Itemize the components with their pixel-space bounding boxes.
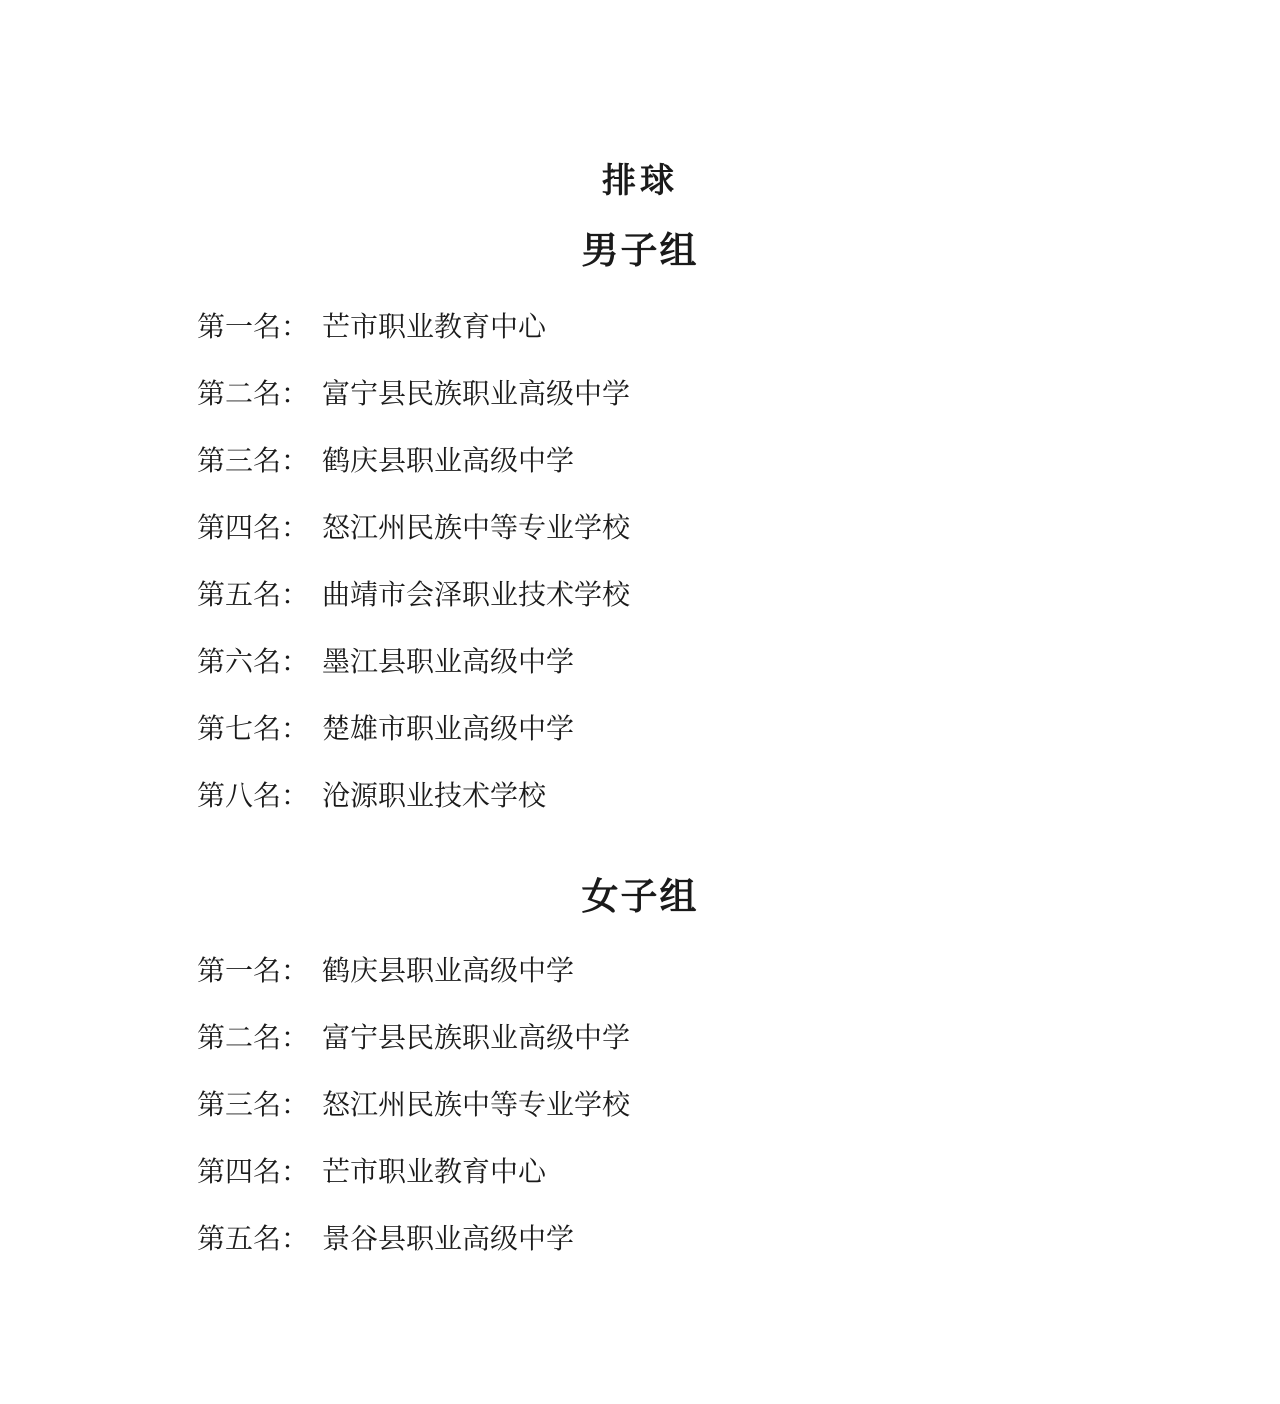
school-name: 怒江州民族中等专业学校: [322, 513, 630, 544]
school-name: 鹤庆县职业高级中学: [322, 956, 574, 987]
school-name: 沧源职业技术学校: [322, 781, 546, 812]
school-name: 芒市职业教育中心: [322, 1157, 546, 1188]
rank-label: 第一名：: [197, 956, 309, 987]
ranking-row: 第八名：沧源职业技术学校: [197, 782, 1280, 811]
rank-label: 第四名：: [197, 1157, 309, 1188]
rank-label: 第二名：: [197, 379, 309, 410]
men-ranking-list: 第一名：芒市职业教育中心 第二名：富宁县民族职业高级中学 第三名：鹤庆县职业高级…: [0, 313, 1280, 811]
ranking-row: 第四名：怒江州民族中等专业学校: [197, 514, 1280, 543]
rank-label: 第一名：: [197, 312, 309, 343]
ranking-row: 第二名：富宁县民族职业高级中学: [197, 380, 1280, 409]
ranking-row: 第五名：曲靖市会泽职业技术学校: [197, 581, 1280, 610]
ranking-row: 第一名：鹤庆县职业高级中学: [197, 957, 1280, 986]
school-name: 富宁县民族职业高级中学: [322, 379, 630, 410]
ranking-row: 第三名：怒江州民族中等专业学校: [197, 1091, 1280, 1120]
rank-label: 第四名：: [197, 513, 309, 544]
rank-label: 第六名：: [197, 647, 309, 678]
group-title-women: 女子组: [0, 879, 1280, 917]
school-name: 楚雄市职业高级中学: [322, 714, 574, 745]
school-name: 鹤庆县职业高级中学: [322, 446, 574, 477]
rank-label: 第八名：: [197, 781, 309, 812]
ranking-row: 第二名：富宁县民族职业高级中学: [197, 1024, 1280, 1053]
ranking-row: 第七名：楚雄市职业高级中学: [197, 715, 1280, 744]
group-title-men: 男子组: [0, 233, 1280, 271]
rank-label: 第三名：: [197, 446, 309, 477]
school-name: 墨江县职业高级中学: [322, 647, 574, 678]
rank-label: 第三名：: [197, 1090, 309, 1121]
ranking-row: 第四名：芒市职业教育中心: [197, 1158, 1280, 1187]
ranking-row: 第三名：鹤庆县职业高级中学: [197, 447, 1280, 476]
school-name: 芒市职业教育中心: [322, 312, 546, 343]
school-name: 怒江州民族中等专业学校: [322, 1090, 630, 1121]
page-title: 排球: [0, 164, 1280, 200]
rank-label: 第二名：: [197, 1023, 309, 1054]
school-name: 景谷县职业高级中学: [322, 1224, 574, 1255]
document-page: 排球 男子组 第一名：芒市职业教育中心 第二名：富宁县民族职业高级中学 第三名：…: [0, 0, 1280, 1404]
school-name: 曲靖市会泽职业技术学校: [322, 580, 630, 611]
rank-label: 第五名：: [197, 1224, 309, 1255]
ranking-row: 第六名：墨江县职业高级中学: [197, 648, 1280, 677]
women-ranking-list: 第一名：鹤庆县职业高级中学 第二名：富宁县民族职业高级中学 第三名：怒江州民族中…: [0, 957, 1280, 1254]
ranking-row: 第一名：芒市职业教育中心: [197, 313, 1280, 342]
school-name: 富宁县民族职业高级中学: [322, 1023, 630, 1054]
ranking-row: 第五名：景谷县职业高级中学: [197, 1225, 1280, 1254]
rank-label: 第七名：: [197, 714, 309, 745]
rank-label: 第五名：: [197, 580, 309, 611]
